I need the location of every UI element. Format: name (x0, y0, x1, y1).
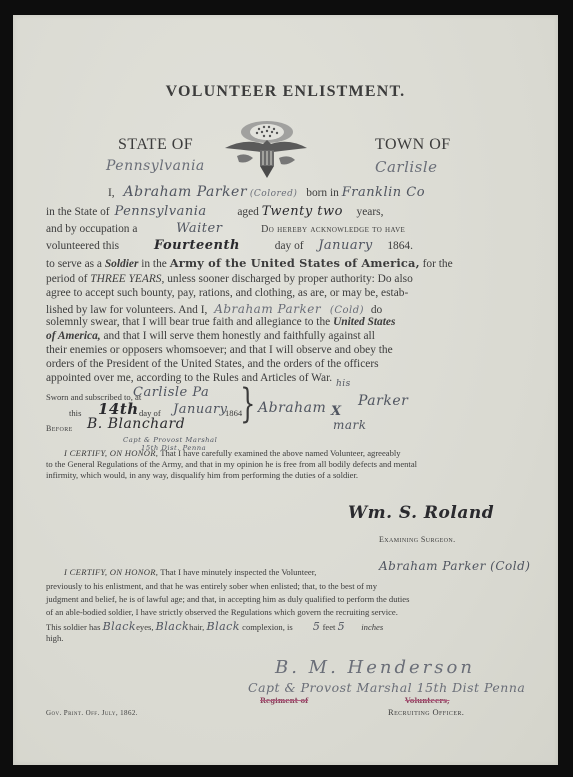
surgeon-cert-line-2: to the General Regulations of the Army, … (46, 459, 417, 469)
hair-value: Black (156, 620, 190, 633)
height-feet-value: 5 (313, 620, 321, 633)
oath-line-5: to serve as a Soldier in the Army of the… (46, 256, 450, 270)
recruiter-description-line: This soldier has Blackeyes, Blackhair, B… (46, 620, 486, 633)
recruiter-cert-line-3: judgment and belief, he is of lawful age… (46, 594, 409, 604)
regiment-label: Regiment of (260, 696, 308, 705)
oath-line-7: agree to accept such bounty, pay, ration… (46, 287, 450, 299)
enlistment-document: VOLUNTEER ENLISTMENT. STATE OF Pennsylva… (13, 15, 558, 765)
volunteer-name: Abraham Parker (124, 184, 248, 200)
mark-name-last: Parker (358, 393, 408, 409)
enlist-day-value: Fourteenth (122, 238, 272, 253)
oath-line-2: in the State of Pennsylvania aged Twenty… (46, 204, 450, 219)
volunteers-label: Volunteers, (405, 696, 450, 705)
complexion-value: Black (206, 620, 240, 633)
mark-his: his (336, 379, 351, 389)
oath-line-8: lished by law for volunteers. And I, Abr… (46, 302, 450, 316)
recruiter-cert-line-2: previously to his enlistment, and that h… (46, 581, 377, 591)
before-label: Before (46, 424, 73, 433)
surgeon-cert-line-1: I CERTIFY, ON HONOR, That I have careful… (64, 448, 484, 458)
mark-name-first: Abraham (258, 400, 326, 416)
height-inches-value: 5 (338, 620, 346, 633)
sworn-month-value: January (173, 402, 228, 417)
oath-line-9: solemnly swear, that I will bear true fa… (46, 316, 450, 328)
recruiter-volunteer-name: Abraham Parker (Cold) (379, 559, 530, 573)
recruiter-cert-line-1: I CERTIFY, ON HONOR, That I have minutel… (64, 567, 316, 577)
oath-line-11: their enemies or opposers whomsoever; an… (46, 344, 450, 356)
birthplace-value: Franklin Co (342, 185, 425, 200)
before-signature: B. Blanchard (87, 416, 185, 432)
age-value: Twenty two (262, 204, 354, 219)
surgeon-title: Examining Surgeon. (379, 535, 456, 544)
recruiter-title: Recruiting Officer. (388, 707, 464, 717)
brace-icon: } (240, 381, 255, 427)
surgeon-signature: Wm. S. Roland (348, 503, 494, 523)
occupation-value: Waiter (140, 221, 258, 236)
oath-line-1: I, Abraham Parker (Colored) born in Fran… (108, 184, 458, 200)
mark-x: X (331, 404, 342, 419)
before-title-1: Capt & Provost Marshal (123, 436, 217, 444)
oath-line-3: and by occupation a Waiter Do hereby ack… (46, 221, 450, 236)
town-label: TOWN OF (375, 136, 451, 154)
recruiter-high-label: high. (46, 633, 63, 643)
oath-line-4: volunteered this Fourteenth day of Janua… (46, 238, 450, 253)
mark-label: mark (333, 418, 367, 432)
sworn-place-value: Carlisle Pa (133, 385, 209, 400)
oath-line-12: orders of the President of the United St… (46, 358, 450, 370)
document-title: VOLUNTEER ENLISTMENT. (13, 83, 558, 101)
state-label: STATE OF (118, 136, 193, 154)
state-value: Pennsylvania (106, 158, 205, 174)
eagle-seal-icon (223, 118, 309, 180)
eyes-value: Black (103, 620, 137, 633)
sworn-this-label: this (69, 408, 81, 418)
recruiter-signature-title: Capt & Provost Marshal 15th Dist Penna (248, 680, 525, 695)
oath-line-10: of America, and that I will serve them h… (46, 330, 450, 342)
surgeon-cert-line-3: infirmity, which would, in any way, disq… (46, 470, 358, 480)
footer-imprint: Gov. Print. Off. July, 1862. (46, 709, 138, 717)
enlist-month-value: January (306, 238, 384, 253)
town-value: Carlisle (375, 158, 438, 176)
oath-line-6: period of THREE YEARS, unless sooner dis… (46, 273, 450, 285)
recruiter-cert-line-4: of an able-bodied soldier, I have strict… (46, 607, 398, 617)
recruiter-signature: B. M. Henderson (275, 657, 475, 678)
